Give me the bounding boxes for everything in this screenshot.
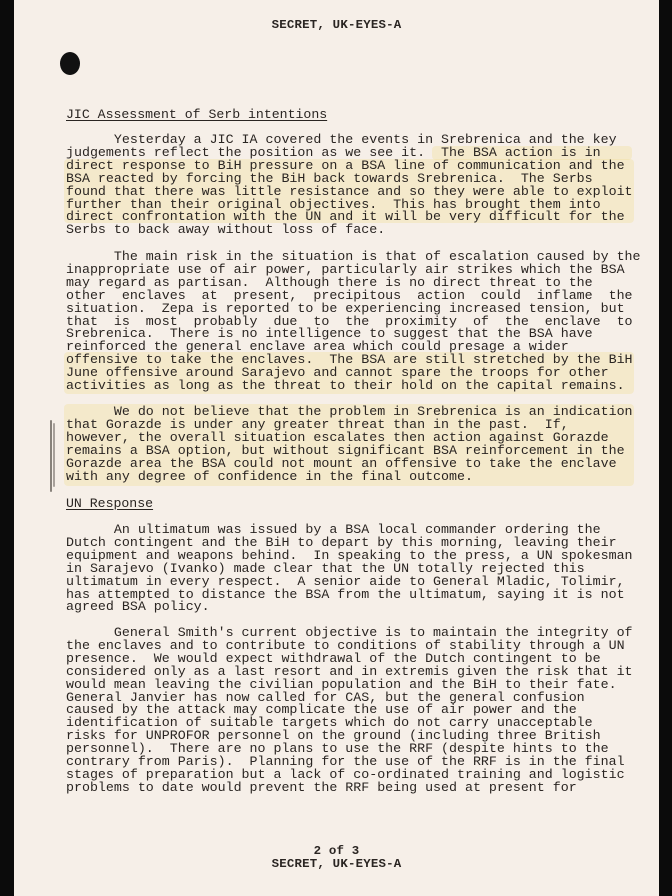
document-page: SECRET, UK-EYES-A JIC Assessment of Serb… [14, 0, 659, 896]
punch-hole [60, 52, 80, 75]
classification-header: SECRET, UK-EYES-A [14, 18, 659, 32]
page-number: 2 of 3 [14, 844, 659, 858]
margin-pen-mark [50, 420, 52, 492]
section-heading-un-response: UN Response [66, 496, 153, 511]
margin-pen-mark [53, 423, 55, 487]
paragraph-ultimatum: An ultimatum was issued by a BSA local c… [66, 524, 626, 614]
paragraph-gorazde: We do not believe that the problem in Sr… [66, 406, 626, 483]
paragraph-main-risk: The main risk in the situation is that o… [66, 251, 626, 393]
section-heading-jic-assessment: JIC Assessment of Serb intentions [66, 107, 327, 122]
classification-footer: SECRET, UK-EYES-A [14, 857, 659, 871]
paragraph-jic-ia: Yesterday a JIC IA covered the events in… [66, 134, 626, 237]
paragraph-general-smith: General Smith's current objective is to … [66, 627, 626, 795]
